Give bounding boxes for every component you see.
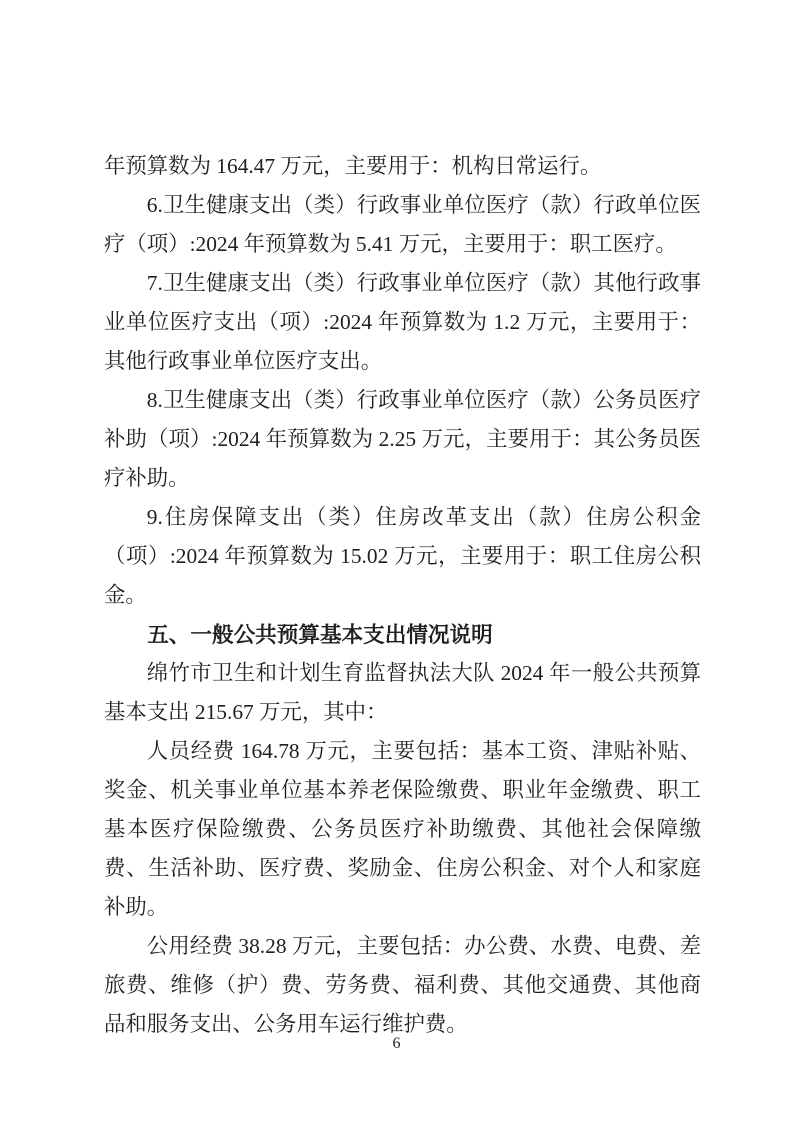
paragraph-item-9-housing-fund: 9.住房保障支出（类）住房改革支出（款）住房公积金（项）:2024 年预算数为 …: [104, 498, 701, 615]
paragraph-public-funds: 公用经费 38.28 万元，主要包括：办公费、水费、电费、差旅费、维修（护）费、…: [104, 927, 701, 1044]
section-heading-basic-expenditure: 五、一般公共预算基本支出情况说明: [104, 615, 701, 654]
paragraph-continuation: 年预算数为 164.47 万元，主要用于：机构日常运行。: [104, 147, 701, 186]
document-body: 年预算数为 164.47 万元，主要用于：机构日常运行。 6.卫生健康支出（类）…: [104, 147, 701, 1044]
paragraph-item-8-civil-servant-medical-subsidy: 8.卫生健康支出（类）行政事业单位医疗（款）公务员医疗补助（项）:2024 年预…: [104, 381, 701, 498]
paragraph-basic-expenditure-total: 绵竹市卫生和计划生育监督执法大队 2024 年一般公共预算基本支出 215.67…: [104, 654, 701, 732]
paragraph-personnel-funds: 人员经费 164.78 万元，主要包括：基本工资、津贴补贴、奖金、机关事业单位基…: [104, 732, 701, 927]
paragraph-item-7-other-admin-medical: 7.卫生健康支出（类）行政事业单位医疗（款）其他行政事业单位医疗支出（项）:20…: [104, 264, 701, 381]
page-number: 6: [393, 1035, 401, 1052]
paragraph-item-6-admin-unit-medical: 6.卫生健康支出（类）行政事业单位医疗（款）行政单位医疗（项）:2024 年预算…: [104, 186, 701, 264]
page-footer: 6: [0, 1034, 793, 1054]
